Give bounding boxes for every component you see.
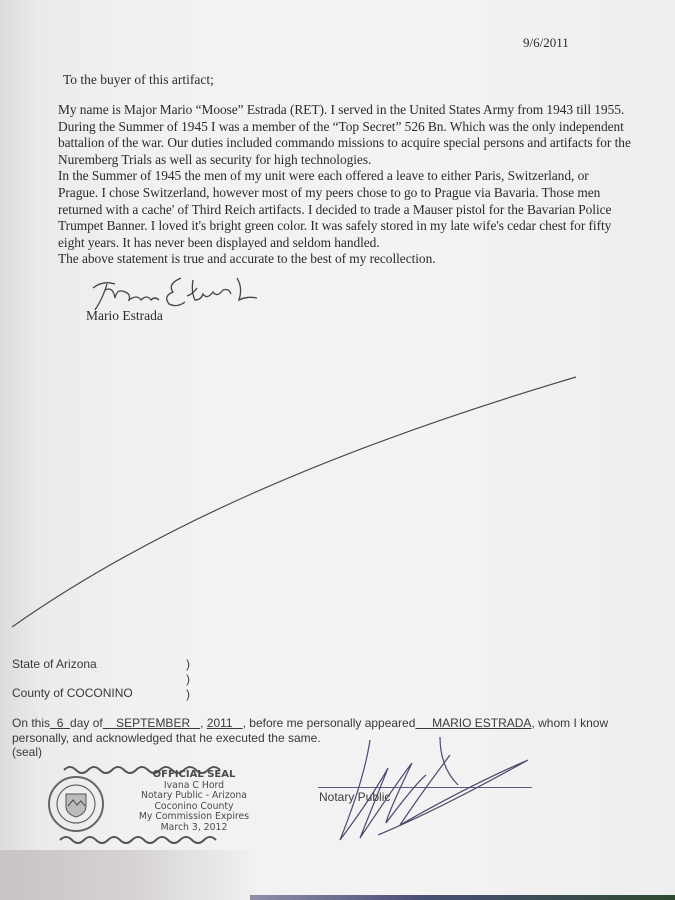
notary-county: County of COCONINO [12,686,133,700]
commission-expiry: March 3, 2012 [132,823,256,834]
notary-month: SEPTEMBER [116,716,190,730]
notary-year: 2011 [207,716,233,730]
notary-signature-icon [330,735,540,850]
seal-text: OFFICIAL SEAL Ivana C Hord Notary Public… [132,770,256,834]
notary-state: State of Arizona [12,657,97,671]
notary-person: MARIO ESTRADA [432,716,531,730]
seal-label: (seal) [12,745,42,759]
notary-day: 6 [57,716,64,730]
bracket: ) [186,657,190,671]
official-seal-stamp: OFFICIAL SEAL Ivana C Hord Notary Public… [44,762,244,846]
arizona-state-seal-icon [49,777,103,831]
bracket: ) [186,672,190,686]
bracket: ) [186,687,190,701]
